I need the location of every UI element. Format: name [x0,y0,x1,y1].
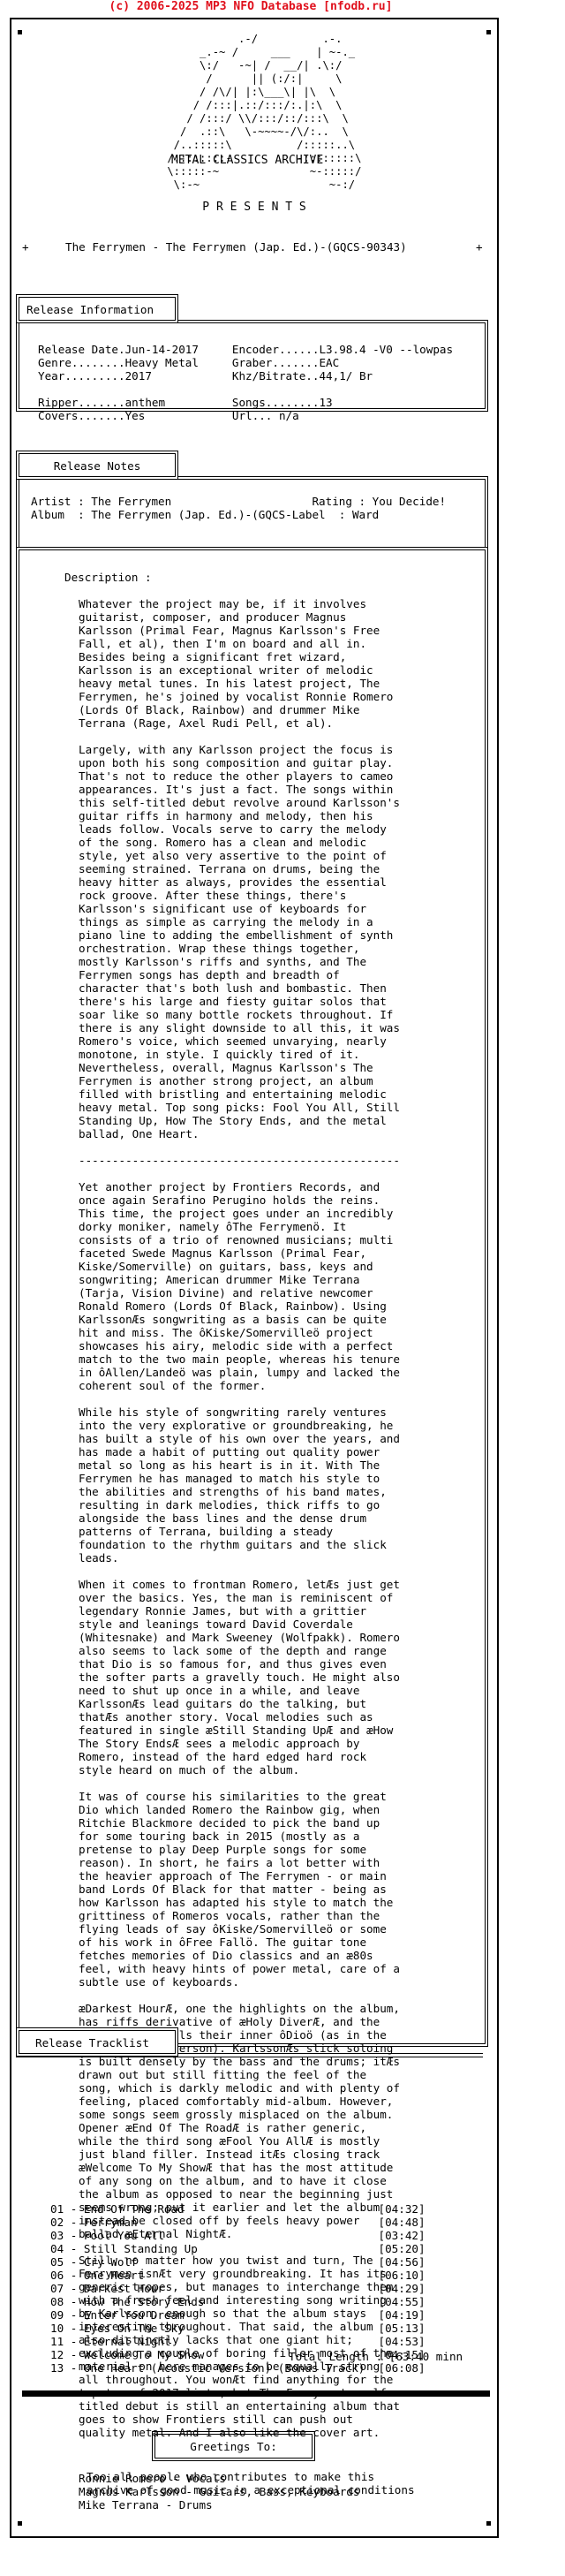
track-row: 08 - How The Story Ends [04:55] [50,2295,426,2308]
track-row: 10 - Eyes On The Sky [05:13] [50,2322,426,2335]
presents-text: P R E S E N T S [10,201,499,214]
description-body: Whatever the project may be, if it invol… [79,597,400,2452]
track-row: 03 - Fool You All [03:42] [50,2229,426,2242]
greetings-label: Greetings To: [190,2440,277,2453]
tab-label: Release Information [26,303,154,316]
track-row: 13 - One Heart (Acoustic Version) (Bonus… [50,2361,426,2375]
total-length: Total Length : [63:40 minn [289,2350,463,2363]
description-paragraph: Whatever the project may be, if it invol… [79,597,400,730]
track-row: 09 - Enter You Dream [04:19] [50,2308,426,2322]
description-paragraph: Largely, with any Karlsson project the f… [79,743,400,1140]
corner-marker [486,2521,491,2526]
separator-line: ----------------------------------------… [79,1154,400,1167]
thick-divider [22,2390,490,2397]
track-row: 05 - Cry Wolf [04:56] [50,2255,426,2269]
copyright-notice: (c) 2006-2025 MP3 NFO Database [nfodb.ru… [0,0,501,13]
description-paragraph: It was of course his similarities to the… [79,1790,400,1989]
tracklist: 01 - End Of The Road [04:32]02 - Ferryma… [50,2202,426,2375]
greetings-box: Greetings To: [152,2431,315,2461]
tab-release-information[interactable]: Release Information [16,294,178,323]
release-title: The Ferrymen - The Ferrymen (Jap. Ed.)-(… [65,240,407,254]
track-row: 02 - Ferryman [04:48] [50,2216,426,2229]
corner-marker [486,30,491,34]
artist-line: Artist : The Ferrymen Rating : You Decid… [31,495,446,508]
greetings-text: Too all people who contributes to make t… [87,2470,415,2496]
corner-marker [18,30,22,34]
presents-heading: P R E S E N T S [10,201,499,214]
description-paragraph: Yet another project by Frontiers Records… [79,1180,400,1392]
ascii-logo: .-/ .-. _.-~ / ___ | ~-._ \:/ -~| / __/|… [141,33,361,192]
album-line: Album : The Ferrymen (Jap. Ed.)-(GQCS-La… [31,508,379,521]
track-row: 07 - Darkest Hour [04:29] [50,2282,426,2295]
release-info-fields: Release Date.Jun-14-2017 Encoder......L3… [38,343,453,422]
track-row: 06 - One Heart [06:10] [50,2269,426,2282]
track-row: 11 - Eternal Night [04:53] [50,2335,426,2348]
description-box: Description : Whatever the project may b… [16,547,488,2047]
description-paragraph: When it comes to frontman Romero, letÆs … [79,1578,400,1777]
bullet-left: + [22,240,29,254]
release-notes-header-box: Artist : The Ferrymen Rating : You Decid… [16,476,488,554]
description-paragraph: While his style of songwriting rarely ve… [79,1405,400,1565]
tab-label: Release Tracklist [35,2036,149,2049]
description-heading: Description : [64,571,152,584]
bullet-right: + [476,240,483,254]
release-info-box: Release Date.Jun-14-2017 Encoder......L3… [16,320,488,412]
corner-marker [18,2521,22,2526]
tab-label: Release Notes [19,459,175,473]
tab-release-tracklist[interactable]: Release Tracklist [16,2027,178,2057]
track-row: 04 - Still Standing Up [05:20] [50,2242,426,2255]
lineup-member: Mike Terrana - Drums [79,2498,359,2512]
archive-title: METAL CLASSICS ARCHIVE [171,154,323,167]
track-row: 01 - End Of The Road [04:32] [50,2202,426,2216]
tab-release-notes[interactable]: Release Notes [16,451,178,480]
divider [175,2053,483,2057]
release-info-grid: Release Date.Jun-14-2017 Encoder......L3… [38,343,453,422]
